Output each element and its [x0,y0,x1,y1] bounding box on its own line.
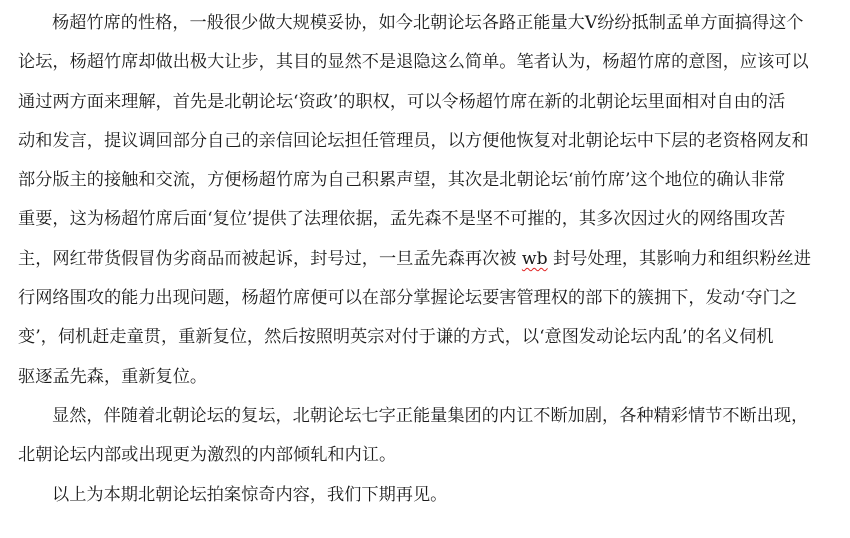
paragraph-3: 以上为本期北朝论坛拍案惊奇内容，我们下期再见。 [18,476,830,515]
text-line: 显然，伴随着北朝论坛的复坛，北朝论坛七字正能量集团的内讧不断加剧，各种精彩情节不… [18,397,830,436]
text-line: 部分版主的接触和交流，方便杨超竹席为自己积累声望，其次是北朝论坛‘前竹席’这个地… [18,161,830,200]
text-line: 驱逐孟先森，重新复位。 [18,358,830,397]
text-line: 以上为本期北朝论坛拍案惊奇内容，我们下期再见。 [18,476,830,515]
paragraph-1: 杨超竹席的性格，一般很少做大规模妥协，如今北朝论坛各路正能量大V纷纷抵制孟单方面… [18,4,830,397]
text-line: 北朝论坛内部或出现更为激烈的内部倾轧和内讧。 [18,436,830,475]
text-segment: 主，网红带货假冒伪劣商品而被起诉，封号过，一旦孟先森再次被 [18,249,522,269]
text-line: 动和发言，提议调回部分自己的亲信回论坛担任管理员，以方便他恢复对北朝论坛中下层的… [18,122,830,161]
text-line: 变’，伺机赶走童贯，重新复位，然后按照明英宗对付于谦的方式，以‘意图发动论坛内乱… [18,318,830,357]
paragraph-2: 显然，伴随着北朝论坛的复坛，北朝论坛七字正能量集团的内讧不断加剧，各种精彩情节不… [18,397,830,476]
text-segment: 封号处理，其影响力和组织粉丝进 [548,249,811,269]
text-line: 主，网红带货假冒伪劣商品而被起诉，封号过，一旦孟先森再次被 wb 封号处理，其影… [18,240,830,279]
spellcheck-flagged-word[interactable]: wb [522,249,548,269]
text-line: 行网络围攻的能力出现问题，杨超竹席便可以在部分掌握论坛要害管理权的部下的簇拥下，… [18,279,830,318]
text-line: 杨超竹席的性格，一般很少做大规模妥协，如今北朝论坛各路正能量大V纷纷抵制孟单方面… [18,4,830,43]
text-line: 重要，这为杨超竹席后面‘复位’提供了法理依据，孟先森不是坚不可摧的，其多次因过火… [18,200,830,239]
text-line: 通过两方面来理解，首先是北朝论坛‘资政’的职权，可以令杨超竹席在新的北朝论坛里面… [18,83,830,122]
document-body[interactable]: 杨超竹席的性格，一般很少做大规模妥协，如今北朝论坛各路正能量大V纷纷抵制孟单方面… [18,4,830,515]
text-line: 论坛，杨超竹席却做出极大让步，其目的显然不是退隐这么简单。笔者认为，杨超竹席的意… [18,43,830,82]
